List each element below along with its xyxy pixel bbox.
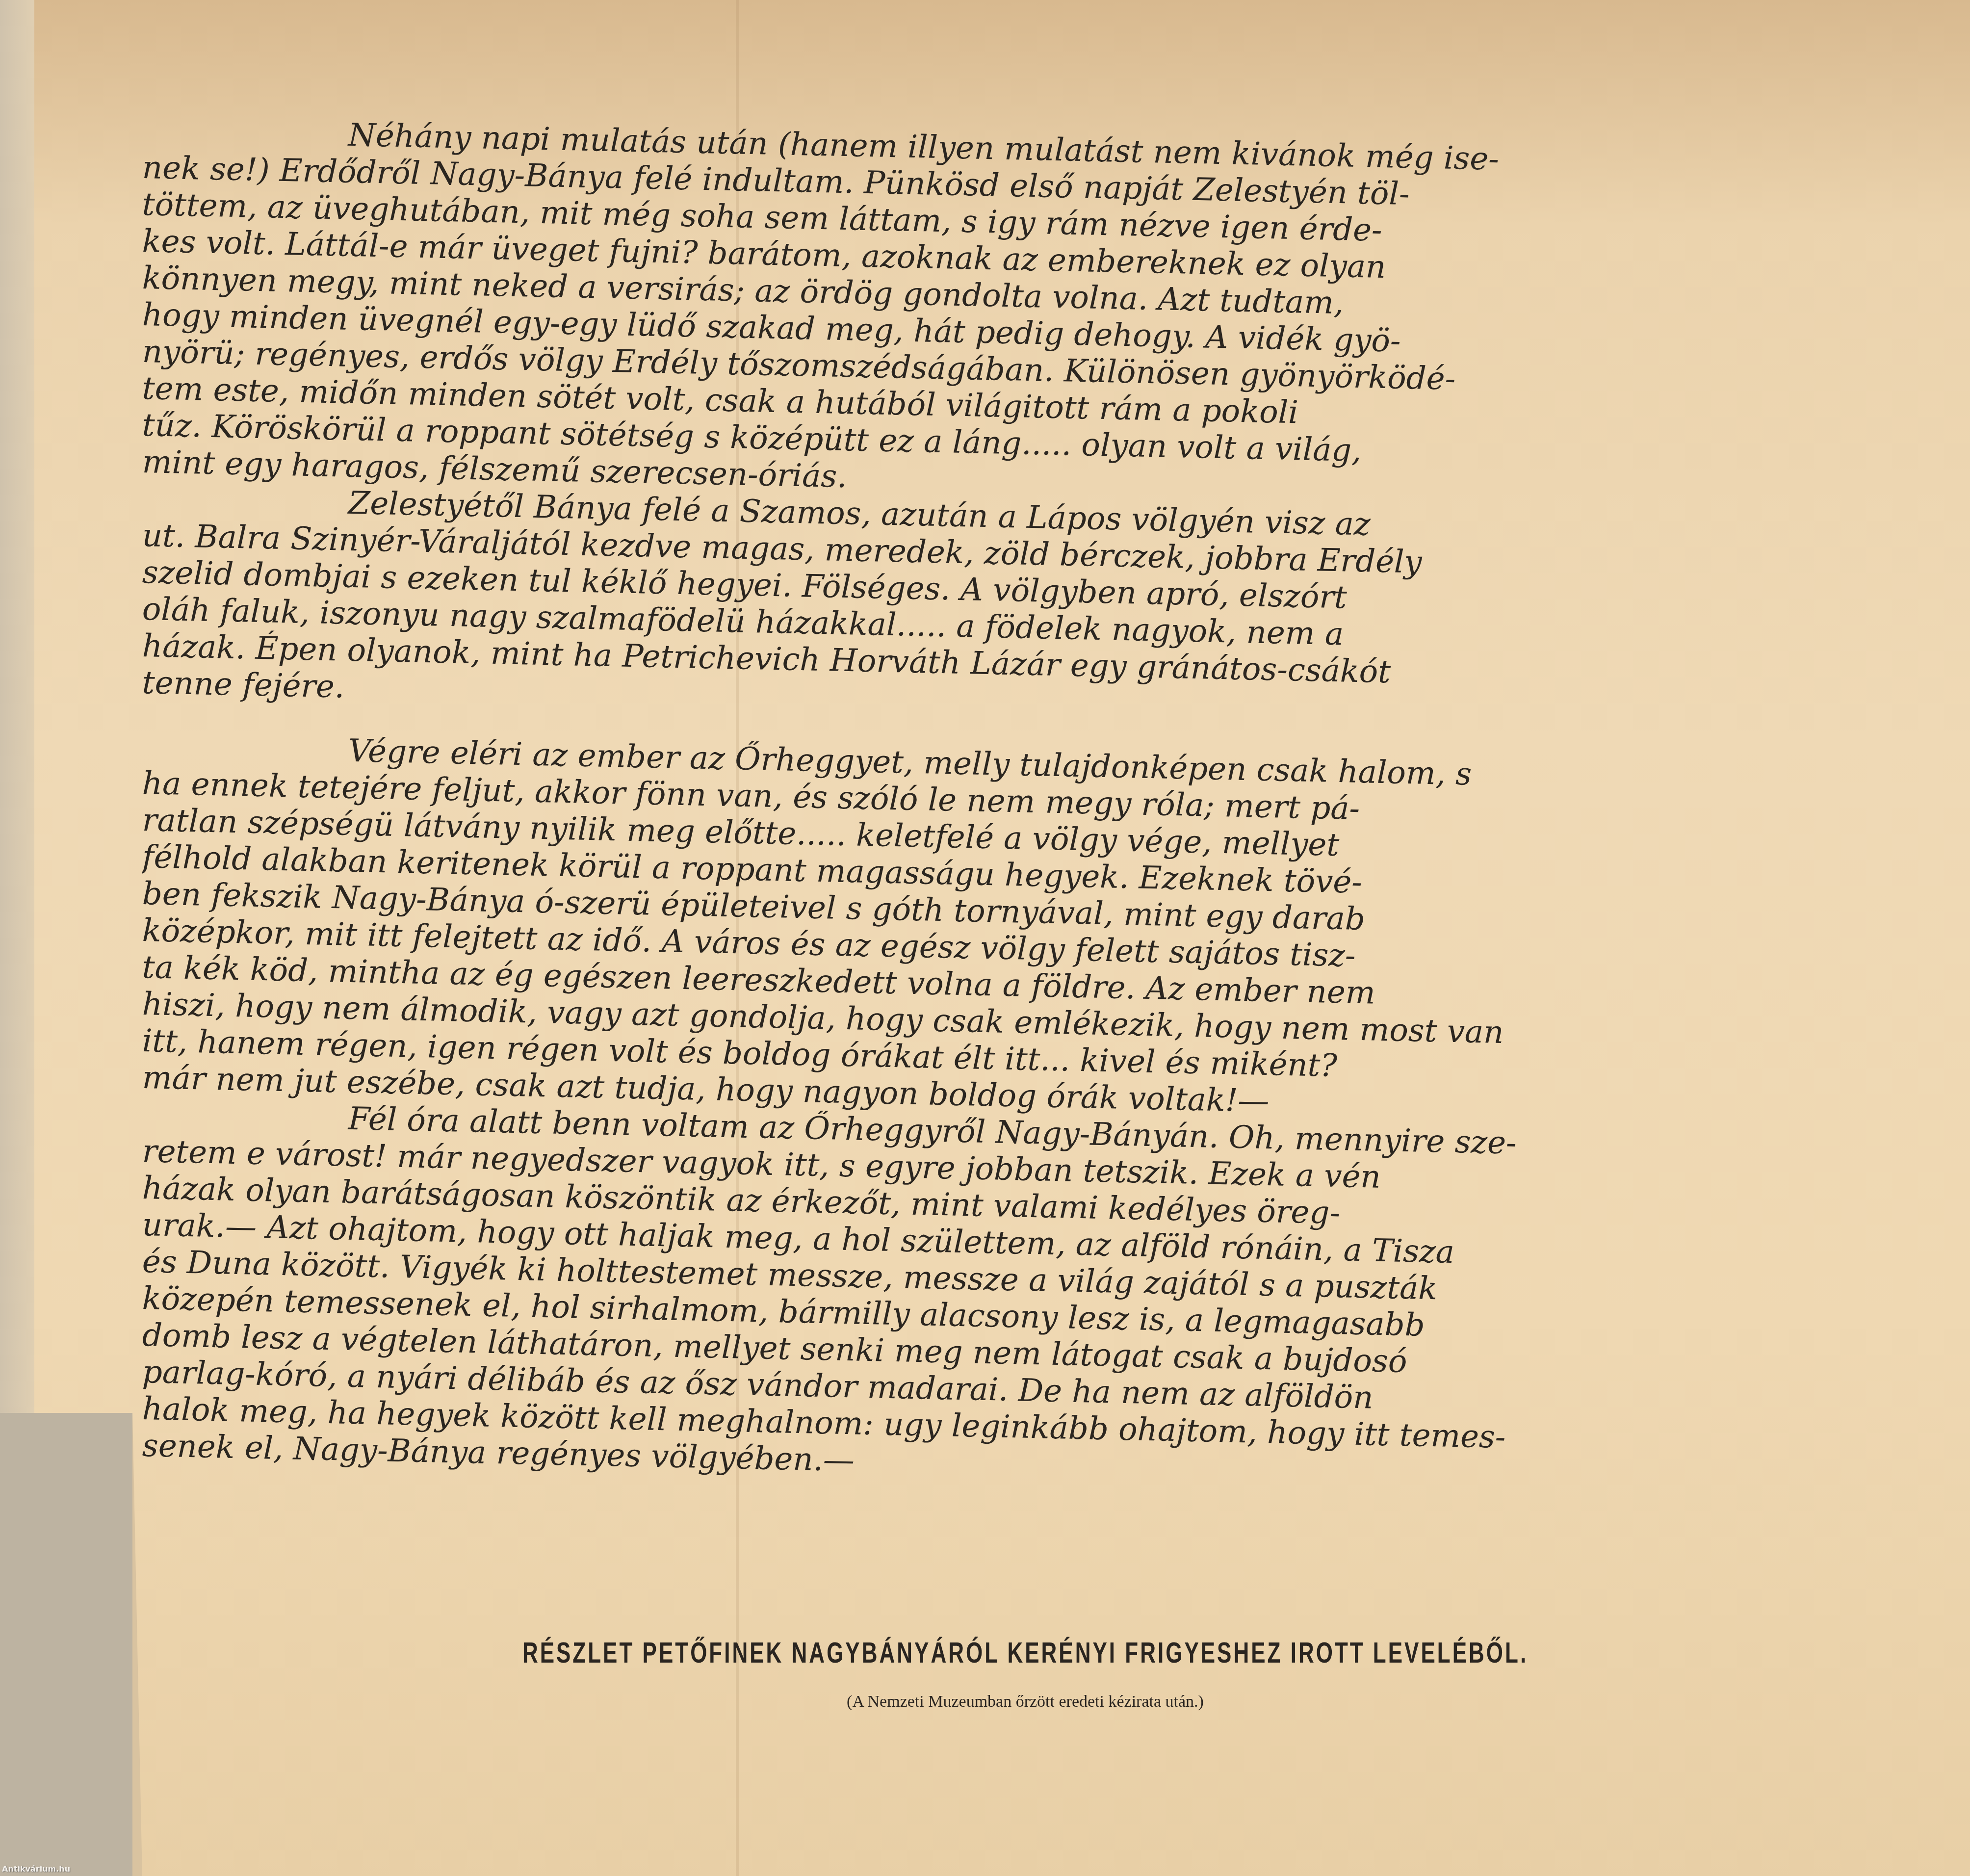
watermark: Antikvárium.hu: [2, 1864, 70, 1874]
underlying-page: [0, 1413, 132, 1876]
handwritten-letter: Néhány napi mulatás után (hanem illyen m…: [142, 113, 1820, 1464]
caption-title: RÉSZLET PETŐFINEK NAGYBÁNYÁRÓL KERÉNYI F…: [471, 1637, 1580, 1670]
caption-subtitle: (A Nemzeti Muzeumban őrzött eredeti kézi…: [471, 1693, 1580, 1711]
